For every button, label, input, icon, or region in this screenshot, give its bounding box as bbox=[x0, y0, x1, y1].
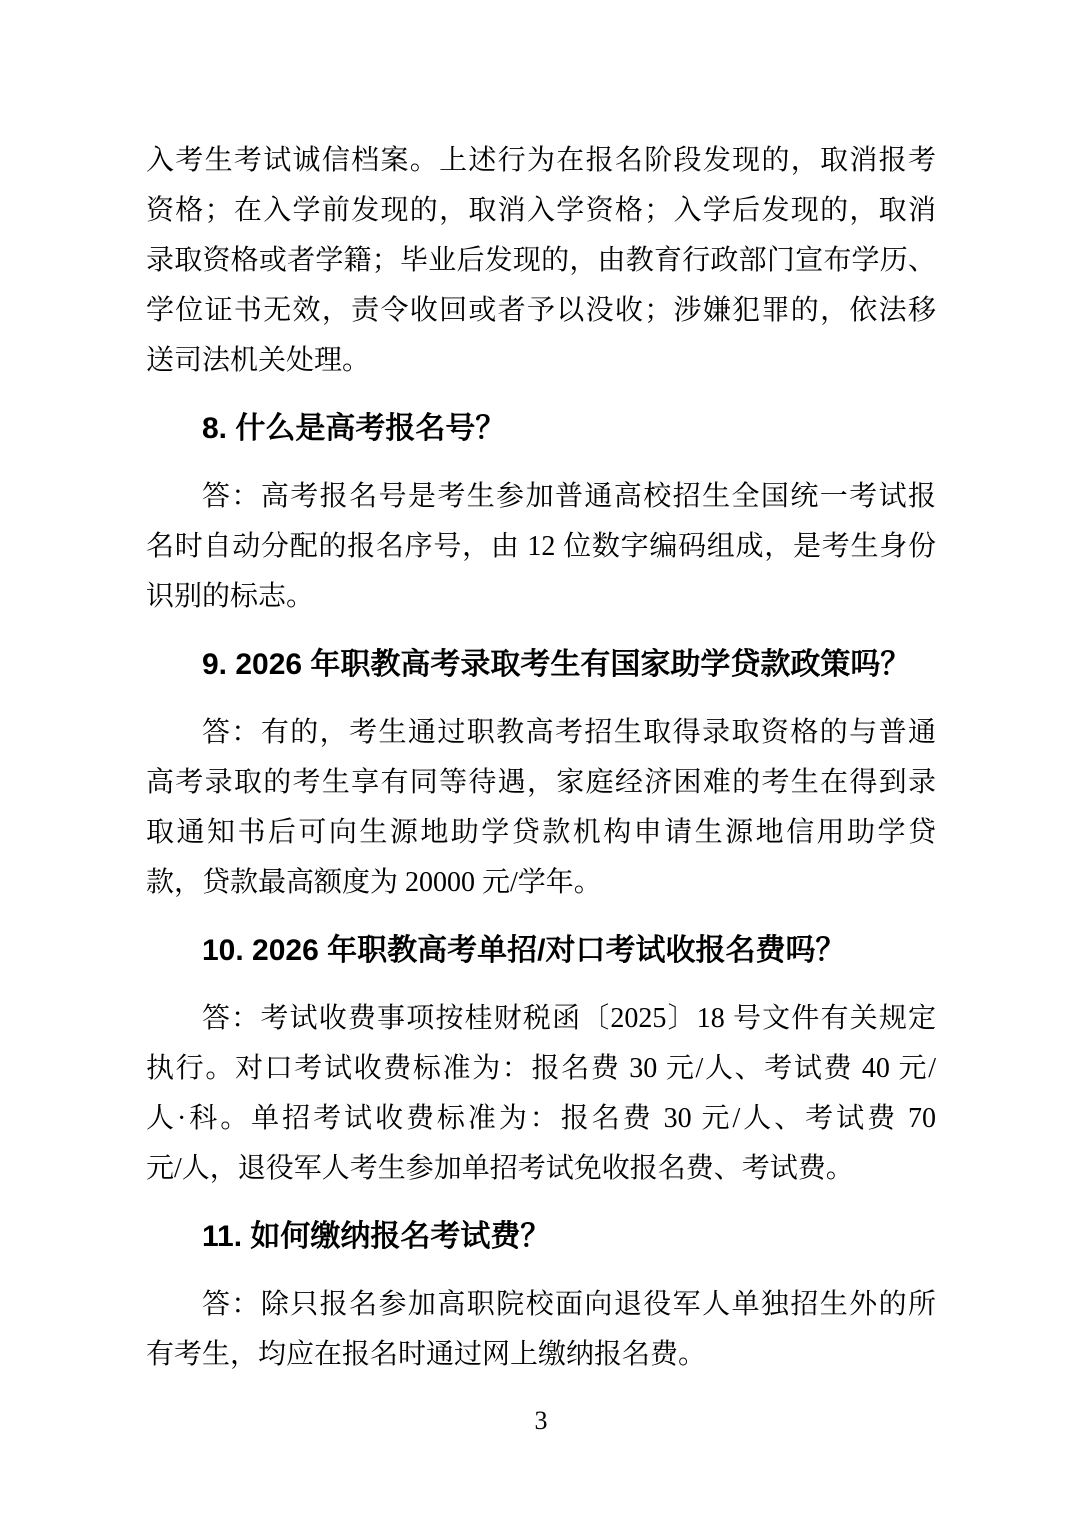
question-heading-10: 10. 2026 年职教高考单招/对口考试收报名费吗？ bbox=[146, 926, 936, 976]
text-line: 送司法机关处理。 bbox=[146, 336, 936, 386]
text-line: 学位证书无效，责令收回或者予以没收；涉嫌犯罪的，依法移 bbox=[146, 286, 936, 336]
question-heading-9: 9. 2026 年职教高考录取考生有国家助学贷款政策吗？ bbox=[146, 640, 936, 690]
text-line: 执行。对口考试收费标准为：报名费 30 元/人、考试费 40 元/ bbox=[146, 1044, 936, 1094]
text-line: 有考生，均应在报名时通过网上缴纳报名费。 bbox=[146, 1330, 936, 1380]
text-line: 入考生考试诚信档案。上述行为在报名阶段发现的，取消报考 bbox=[146, 136, 936, 186]
answer-paragraph-9: 答：有的，考生通过职教高考招生取得录取资格的与普通 高考录取的考生享有同等待遇，… bbox=[146, 708, 936, 908]
text-line: 名时自动分配的报名序号，由 12 位数字编码组成，是考生身份 bbox=[146, 522, 936, 572]
text-line: 元/人，退役军人考生参加单招考试免收报名费、考试费。 bbox=[146, 1144, 936, 1194]
text-line: 取通知书后可向生源地助学贷款机构申请生源地信用助学贷 bbox=[146, 808, 936, 858]
text-line: 答：考试收费事项按桂财税函〔2025〕18 号文件有关规定 bbox=[146, 994, 936, 1044]
text-line: 识别的标志。 bbox=[146, 572, 936, 622]
text-line: 高考录取的考生享有同等待遇，家庭经济困难的考生在得到录 bbox=[146, 758, 936, 808]
question-heading-11: 11. 如何缴纳报名考试费？ bbox=[146, 1212, 936, 1262]
text-line: 答：有的，考生通过职教高考招生取得录取资格的与普通 bbox=[146, 708, 936, 758]
page-number: 3 bbox=[146, 1396, 936, 1446]
text-line: 录取资格或者学籍；毕业后发现的，由教育行政部门宣布学历、 bbox=[146, 236, 936, 286]
text-line: 答：高考报名号是考生参加普通高校招生全国统一考试报 bbox=[146, 472, 936, 522]
document-page: 入考生考试诚信档案。上述行为在报名阶段发现的，取消报考 资格；在入学前发现的，取… bbox=[0, 0, 1080, 1527]
text-line: 资格；在入学前发现的，取消入学资格；入学后发现的，取消 bbox=[146, 186, 936, 236]
answer-paragraph-8: 答：高考报名号是考生参加普通高校招生全国统一考试报 名时自动分配的报名序号，由 … bbox=[146, 472, 936, 622]
question-heading-8: 8. 什么是高考报名号？ bbox=[146, 404, 936, 454]
text-line: 人·科。单招考试收费标准为：报名费 30 元/人、考试费 70 bbox=[146, 1094, 936, 1144]
text-line: 款，贷款最高额度为 20000 元/学年。 bbox=[146, 858, 936, 908]
text-line: 答：除只报名参加高职院校面向退役军人单独招生外的所 bbox=[146, 1280, 936, 1330]
answer-paragraph-10: 答：考试收费事项按桂财税函〔2025〕18 号文件有关规定 执行。对口考试收费标… bbox=[146, 994, 936, 1194]
answer-paragraph-11: 答：除只报名参加高职院校面向退役军人单独招生外的所 有考生，均应在报名时通过网上… bbox=[146, 1280, 936, 1380]
intro-paragraph: 入考生考试诚信档案。上述行为在报名阶段发现的，取消报考 资格；在入学前发现的，取… bbox=[146, 136, 936, 386]
